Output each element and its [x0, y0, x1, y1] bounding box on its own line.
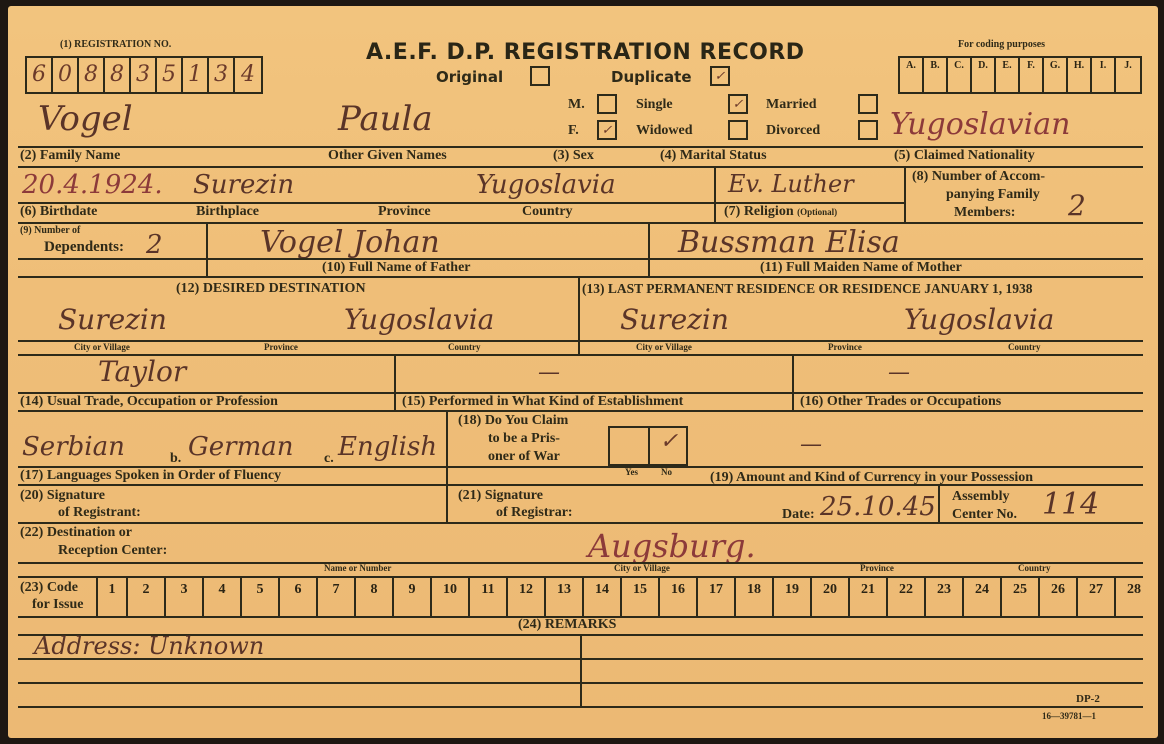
original-checkbox[interactable] — [530, 66, 550, 86]
family-name-value: Vogel — [38, 102, 133, 136]
given-names-label: Other Given Names — [328, 149, 447, 163]
divider — [18, 522, 1143, 524]
form-code: DP-2 — [1076, 694, 1100, 705]
coding-cell: J. — [1116, 58, 1140, 92]
sex-f-checkbox[interactable]: ✓ — [597, 120, 617, 140]
issue-cell: 8 — [354, 578, 392, 618]
issue-cell: 15 — [620, 578, 658, 618]
issue-cell: 25 — [1000, 578, 1038, 618]
registration-number-boxes: 6 0 8 8 3 5 1 3 4 — [25, 56, 263, 94]
divider — [18, 340, 1143, 342]
pow-yes-label: Yes — [625, 468, 638, 477]
issue-cell: 18 — [734, 578, 772, 618]
last-residence-label: (13) LAST PERMANENT RESIDENCE OR RESIDEN… — [582, 282, 1032, 296]
widowed-checkbox[interactable] — [728, 120, 748, 140]
languages-label: (17) Languages Spoken in Order of Fluenc… — [20, 469, 281, 483]
divider — [394, 354, 396, 412]
married-checkbox[interactable] — [858, 94, 878, 114]
date-value: 25.10.45 — [820, 494, 936, 520]
issue-cell: 7 — [316, 578, 354, 618]
pow-label-2: to be a Pris- — [488, 432, 560, 446]
original-label: Original — [436, 70, 503, 85]
destination-center-label-1: (22) Destination or — [20, 526, 132, 540]
divider — [18, 706, 1143, 708]
province-label: Province — [378, 205, 431, 219]
coding-cell: D. — [972, 58, 996, 92]
registrant-signature-label-1: (20) Signature — [20, 489, 105, 503]
birth-country-value: Yugoslavia — [476, 172, 616, 198]
dependents-label-prefix: (9) Number of — [20, 226, 80, 236]
given-names-value: Paula — [338, 102, 433, 136]
divider — [206, 222, 208, 276]
coding-cell: F. — [1020, 58, 1044, 92]
reg-digit: 1 — [183, 58, 209, 92]
center-province-label: Province — [860, 564, 894, 573]
center-city-label: City or Village — [614, 564, 670, 573]
mother-label: (11) Full Maiden Name of Mother — [760, 261, 962, 275]
issue-cell: 13 — [544, 578, 582, 618]
reg-digit: 4 — [235, 58, 261, 92]
issue-cell: 26 — [1038, 578, 1076, 618]
issue-cell: 2 — [126, 578, 164, 618]
form-title: A.E.F. D.P. REGISTRATION RECORD — [366, 40, 805, 65]
issue-cell: 12 — [506, 578, 544, 618]
coding-cell: G. — [1044, 58, 1068, 92]
father-label: (10) Full Name of Father — [322, 261, 471, 275]
issue-cell: 6 — [278, 578, 316, 618]
duplicate-checkbox[interactable]: ✓ — [710, 66, 730, 86]
birthdate-label: (6) Birthdate — [20, 205, 97, 219]
divider — [18, 276, 1143, 278]
accompanying-label-1: (8) Number of Accom- — [912, 170, 1045, 184]
assembly-label-2: Center No. — [952, 508, 1017, 522]
duplicate-label: Duplicate — [611, 70, 692, 85]
issue-cell: 27 — [1076, 578, 1114, 618]
reg-digit: 3 — [131, 58, 157, 92]
dest-country-label: Country — [448, 343, 481, 352]
issue-cell: 22 — [886, 578, 924, 618]
reg-digit: 3 — [209, 58, 235, 92]
issue-cell: 24 — [962, 578, 1000, 618]
divider — [18, 682, 1143, 684]
assembly-center-value: 114 — [1042, 490, 1099, 520]
pow-no-label: No — [661, 468, 672, 477]
assembly-label-1: Assembly — [952, 490, 1010, 504]
reg-digit: 8 — [79, 58, 105, 92]
divider — [18, 484, 1143, 486]
currency-value: — — [800, 434, 822, 456]
coding-cell: E. — [996, 58, 1020, 92]
other-trades-label: (16) Other Trades or Occupations — [800, 395, 1001, 409]
birthplace-label: Birthplace — [196, 205, 259, 219]
res-city-label: City or Village — [636, 343, 692, 352]
issue-cell: 11 — [468, 578, 506, 618]
divider — [578, 276, 580, 356]
divorced-checkbox[interactable] — [858, 120, 878, 140]
divider — [18, 410, 1143, 412]
divider — [648, 222, 650, 276]
trade-value: Taylor — [98, 358, 186, 386]
sex-f-label: F. — [568, 124, 579, 138]
accompanying-label-3: Members: — [954, 206, 1015, 220]
widowed-label: Widowed — [636, 124, 693, 138]
dependents-label: Dependents: — [44, 240, 124, 255]
destination-center-label-2: Reception Center: — [58, 544, 167, 558]
divider — [792, 354, 794, 412]
sex-label: (3) Sex — [553, 149, 594, 163]
remarks-label: (24) REMARKS — [518, 618, 616, 632]
registrar-signature-label-2: of Registrar: — [496, 506, 573, 520]
language-b-label: b. — [170, 452, 181, 466]
res-country-label: Country — [1008, 343, 1041, 352]
divider — [18, 258, 1143, 260]
accompanying-value: 2 — [1068, 192, 1086, 220]
coding-cell: B. — [924, 58, 948, 92]
divider — [18, 222, 1143, 224]
issue-code-boxes: 1 2 3 4 5 6 7 8 9 10 11 12 13 14 15 16 1… — [96, 578, 1152, 618]
country-label: Country — [522, 205, 573, 219]
divorced-label: Divorced — [766, 124, 820, 138]
marital-status-label: (4) Marital Status — [660, 149, 767, 163]
issue-cell: 1 — [96, 578, 126, 618]
issue-code-label-2: for Issue — [32, 598, 83, 612]
issue-cell: 9 — [392, 578, 430, 618]
center-country-label: Country — [1018, 564, 1051, 573]
coding-cell: I. — [1092, 58, 1116, 92]
destination-center-value: Augsburg. — [588, 530, 756, 562]
pow-label-3: oner of War — [488, 450, 560, 464]
reg-digit: 8 — [105, 58, 131, 92]
issue-cell: 19 — [772, 578, 810, 618]
issue-cell: 14 — [582, 578, 620, 618]
sex-m-checkbox[interactable] — [597, 94, 617, 114]
registrar-signature-label-1: (21) Signature — [458, 489, 543, 503]
issue-cell: 20 — [810, 578, 848, 618]
birthplace-value: Surezin — [193, 172, 294, 198]
religion-label: (7) Religion (Optional) — [724, 205, 837, 219]
residence-city-value: Surezin — [620, 306, 729, 334]
issue-code-label-1: (23) Code — [20, 581, 78, 595]
language-c-value: English — [338, 434, 437, 460]
married-label: Married — [766, 98, 817, 112]
center-name-label: Name or Number — [324, 564, 391, 573]
mother-name-value: Bussman Elisa — [678, 228, 900, 258]
birthdate-value: 20.4.1924. — [22, 172, 163, 198]
issue-cell: 17 — [696, 578, 734, 618]
religion-value: Ev. Luther — [728, 172, 854, 196]
registrant-signature-label-2: of Registrant: — [58, 506, 141, 520]
reg-digit: 6 — [27, 58, 53, 92]
dest-city-label: City or Village — [74, 343, 130, 352]
currency-label: (19) Amount and Kind of Currency in your… — [710, 471, 1033, 485]
divider — [18, 562, 1143, 564]
divider — [448, 466, 1143, 468]
language-a-value: Serbian — [22, 434, 125, 460]
establishment-label: (15) Performed in What Kind of Establish… — [402, 395, 683, 409]
issue-cell: 23 — [924, 578, 962, 618]
language-b-value: German — [188, 434, 294, 460]
divider — [18, 658, 1143, 660]
issue-cell: 28 — [1114, 578, 1152, 618]
accompanying-label-2: panying Family — [946, 188, 1040, 202]
issue-cell: 21 — [848, 578, 886, 618]
establishment-value: — — [538, 362, 560, 384]
dest-province-label: Province — [264, 343, 298, 352]
coding-label: For coding purposes — [958, 40, 1045, 50]
remarks-line-1: Address: Unknown — [34, 634, 264, 658]
desired-destination-label: (12) DESIRED DESTINATION — [176, 282, 366, 296]
dependents-value: 2 — [146, 232, 163, 258]
issue-cell: 3 — [164, 578, 202, 618]
pow-label-1: (18) Do You Claim — [458, 414, 568, 428]
nationality-value: Yugoslavian — [890, 110, 1070, 140]
date-label: Date: — [782, 508, 815, 522]
residence-country-value: Yugoslavia — [904, 306, 1054, 334]
coding-cell: C. — [948, 58, 972, 92]
registration-label: (1) REGISTRATION NO. — [60, 40, 171, 50]
trade-label: (14) Usual Trade, Occupation or Professi… — [20, 395, 278, 409]
coding-boxes: A. B. C. D. E. F. G. H. I. J. — [898, 56, 1142, 94]
coding-cell: A. — [900, 58, 924, 92]
coding-cell: H. — [1068, 58, 1092, 92]
nationality-label: (5) Claimed Nationality — [894, 149, 1035, 163]
res-province-label: Province — [828, 343, 862, 352]
reg-digit: 0 — [53, 58, 79, 92]
pow-yes-checkbox[interactable] — [610, 428, 648, 464]
divider — [18, 354, 1143, 356]
dp-registration-card: (1) REGISTRATION NO. 6 0 8 8 3 5 1 3 4 A… — [8, 6, 1158, 738]
issue-cell: 5 — [240, 578, 278, 618]
other-trades-value: — — [888, 362, 910, 384]
divider — [938, 486, 940, 524]
divider — [904, 166, 906, 222]
print-number: 16—39781—1 — [1042, 712, 1096, 721]
single-label: Single — [636, 98, 673, 112]
divider — [18, 166, 1143, 168]
issue-cell: 16 — [658, 578, 696, 618]
family-name-label: (2) Family Name — [20, 149, 120, 163]
language-c-label: c. — [324, 452, 334, 466]
destination-city-value: Surezin — [58, 306, 167, 334]
reg-digit: 5 — [157, 58, 183, 92]
issue-cell: 4 — [202, 578, 240, 618]
issue-cell: 10 — [430, 578, 468, 618]
divider — [580, 634, 582, 706]
pow-no-checkbox[interactable]: ✓ — [650, 428, 688, 464]
single-checkbox[interactable]: ✓ — [728, 94, 748, 114]
divider — [714, 166, 716, 222]
sex-m-label: M. — [568, 98, 585, 112]
father-name-value: Vogel Johan — [260, 228, 440, 258]
destination-country-value: Yugoslavia — [344, 306, 494, 334]
